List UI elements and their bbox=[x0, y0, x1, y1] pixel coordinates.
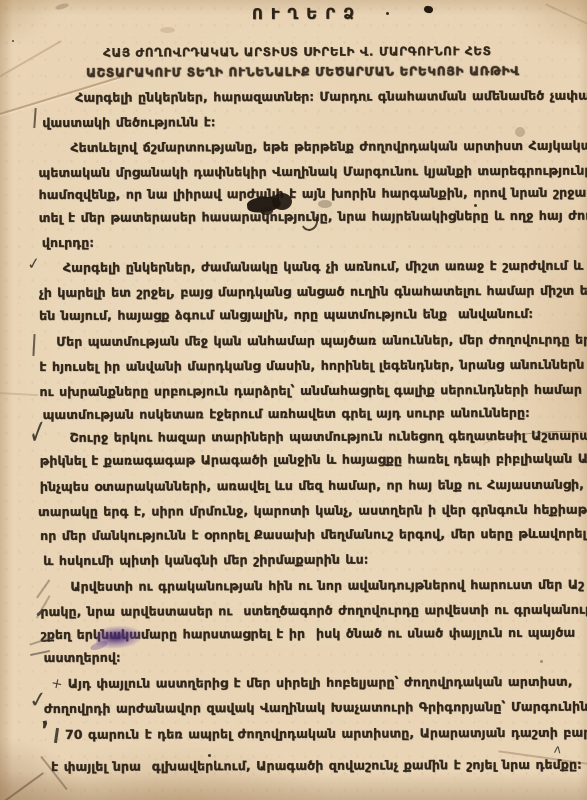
text-line: են նայում, հայացք ձգում անցյալին, որը պա… bbox=[39, 308, 533, 323]
paper-speck bbox=[300, 96, 302, 98]
handwritten-caret-mark: ʌ bbox=[553, 742, 562, 757]
scanned-document-page: ՈՒՂԵՐՁ ՀԱՅ ԺՈՂՈՎՐԴԱԿԱՆ ԱՐՏԻՍՏ ՍԻՐԵԼԻ Վ. … bbox=[0, 0, 587, 800]
text-line: Հետևելով ճշմարտությանը, եթե թերթենք ժողո… bbox=[70, 139, 587, 154]
text-line: 70 գարուն է դեռ ապրել ժողովրդական արտիստ… bbox=[65, 726, 587, 741]
text-line: ինչպես օտարականների, առավել ևս մեզ համար… bbox=[40, 479, 587, 494]
text-line: Արվեստի ու գրականության հին ու նոր ավանդ… bbox=[70, 579, 584, 594]
handwritten-checkmark: ✓ bbox=[28, 412, 48, 454]
text-line: տարակը երգ է, սիրո մրմունջ, կարոտի կանչ,… bbox=[38, 504, 587, 519]
text-line: վաստակի մեծությունն է։ bbox=[42, 116, 215, 129]
text-line: և հսկումի պիտի կանգնի մեր շիրմաքարին ևս։ bbox=[43, 554, 368, 568]
ink-blot bbox=[272, 193, 292, 210]
document-subtitle-line1: ՀԱՅ ԺՈՂՈՎՐԴԱԿԱՆ ԱՐՏԻՍՏ ՍԻՐԵԼԻ Վ. ՄԱՐԳՈՒՆ… bbox=[103, 44, 492, 60]
ink-blot bbox=[260, 207, 273, 215]
text-line: համոզվենք, որ նա լիիրավ արժանի է այն խոր… bbox=[39, 187, 587, 202]
text-line: Այդ փայլուն աստղերից է մեր սիրելի հոբելյ… bbox=[68, 676, 573, 691]
handwritten-checkmark: ✓ bbox=[26, 253, 42, 274]
text-line: ժողովրդի արժանավոր զավակ Վաղինակ Խաչատու… bbox=[44, 701, 587, 716]
document-content: ՈՒՂԵՐՁ ՀԱՅ ԺՈՂՈՎՐԴԱԿԱՆ ԱՐՏԻՍՏ ՍԻՐԵԼԻ Վ. … bbox=[0, 0, 587, 800]
paper-speck bbox=[100, 298, 102, 300]
text-line: Մեր պատմության մեջ կան անհամար պայծառ ան… bbox=[56, 334, 587, 349]
text-line: պատմության ոսկետառ էջերում առհավետ գրել … bbox=[43, 407, 530, 422]
text-line: վուրդը։ bbox=[42, 237, 94, 250]
paper-speck bbox=[540, 660, 543, 663]
text-line: Հարգելի ընկերներ, հարազատներ։ Մարդու գնա… bbox=[75, 89, 587, 104]
paper-speck bbox=[208, 754, 211, 757]
text-line: ու սխրանքները սրբություն դարձրել՝ անմահա… bbox=[39, 384, 587, 399]
text-line: րակը, նրա արվեստասեր ու ստեղծագործ ժողով… bbox=[40, 604, 587, 619]
ink-smudge bbox=[318, 200, 332, 208]
paper-speck bbox=[160, 27, 175, 33]
text-line: Շուրջ երկու հազար տարիների պատմություն ո… bbox=[70, 430, 587, 445]
paper-speck bbox=[474, 204, 477, 207]
document-title: ՈՒՂԵՐՁ bbox=[252, 5, 362, 23]
text-line: որ մեր մանկությունն է օրորել Քասախի մեղմ… bbox=[40, 528, 586, 543]
paper-speck bbox=[515, 127, 525, 137]
text-line: չի կարելի ետ շրջել, բայց մարդկանց անցած … bbox=[39, 285, 587, 300]
text-line: է հյուսել իր անվանի մարդկանց մասին, հորի… bbox=[39, 359, 584, 374]
text-line: թիկնել է քառագագաթ Արագածի լանջին և հայա… bbox=[40, 452, 587, 467]
paper-speck bbox=[12, 40, 14, 42]
paper-speck bbox=[365, 100, 367, 102]
text-line: աստղերով։ bbox=[44, 652, 121, 665]
paper-speck bbox=[386, 12, 389, 15]
text-line: պետական մրցանակի դափնեկիր Վաղինակ Մարգու… bbox=[38, 164, 587, 179]
text-line: Հարգելի ընկերներ, ժամանակը կանգ չի առնու… bbox=[63, 260, 587, 275]
document-subtitle-line2: ԱՇՏԱՐԱԿՈՒՄ ՏԵՂԻ ՈՒՆԵՆԱԼԻՔ ՄԵԾԱՐՄԱՆ ԵՐԵԿՈ… bbox=[86, 64, 520, 80]
text-line: է փայլել նրա գլխավերևում, Արագածի զովաշո… bbox=[51, 759, 582, 774]
